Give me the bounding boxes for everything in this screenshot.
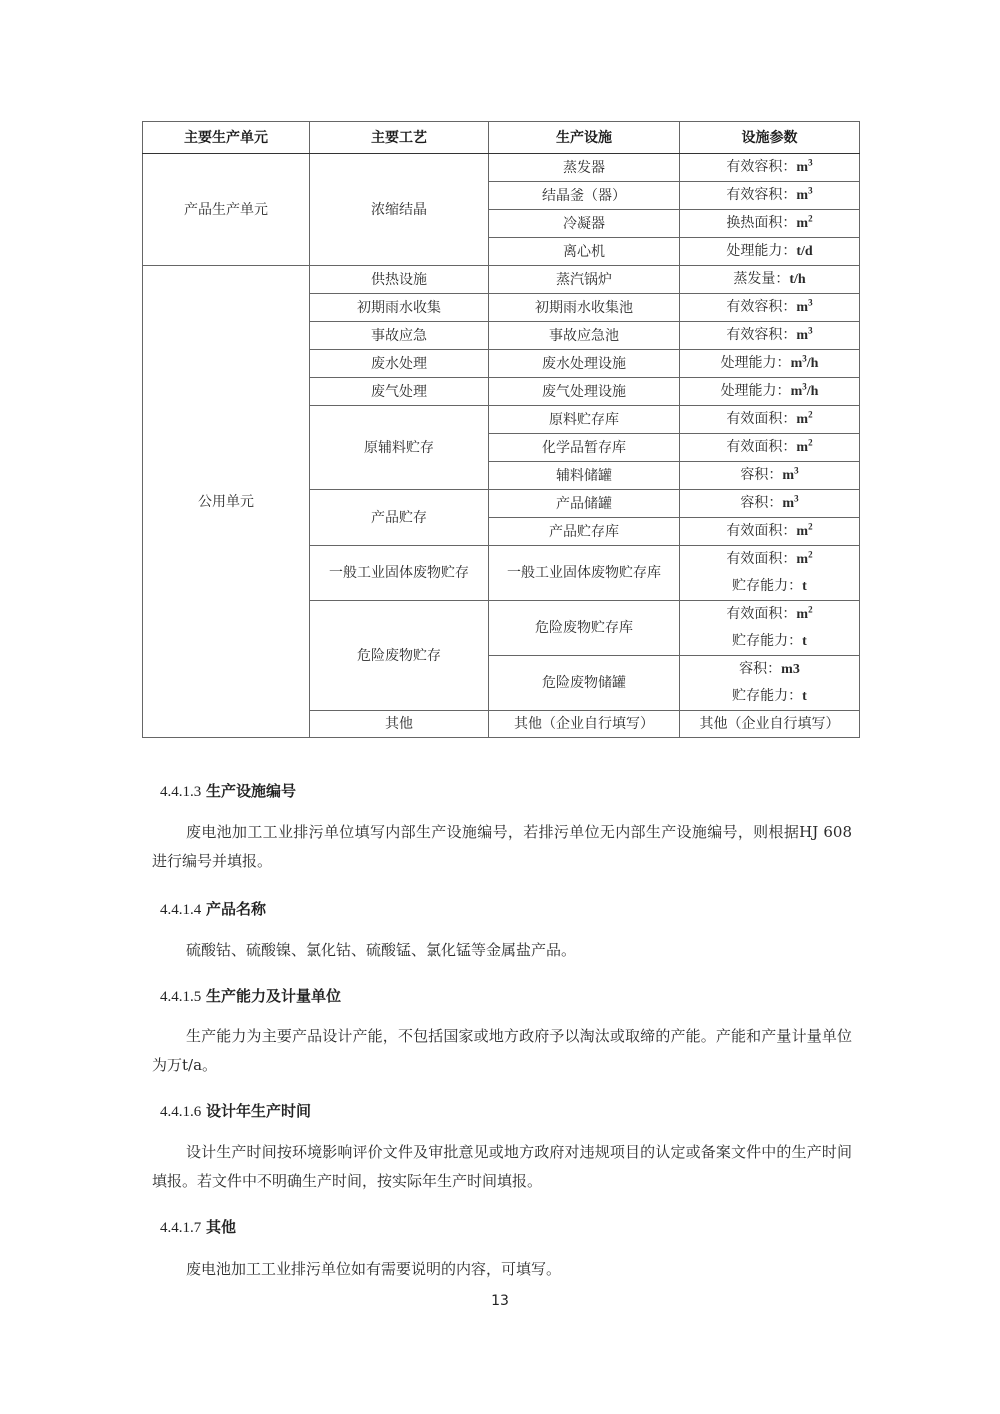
section-paragraph: 生产能力为主要产品设计产能，不包括国家或地方政府予以淘汰或取缔的产能。产能和产量… [152,1022,852,1080]
process-cell: 产品贮存 [310,490,489,546]
facility-table: 主要生产单元 主要工艺 生产设施 设施参数 产品生产单元 浓缩结晶 蒸发器 有效… [142,121,860,738]
param-line: 贮存能力：t [680,573,859,600]
param-cell: 蒸发量：t/h [680,266,860,294]
process-cell: 原辅料贮存 [310,406,489,490]
facility-cell: 蒸发器 [489,154,680,182]
param-cell: 处理能力：m3/h [680,378,860,406]
facility-cell: 产品贮存库 [489,518,680,546]
header-main-process: 主要工艺 [310,122,489,154]
facility-cell: 原料贮存库 [489,406,680,434]
param-line: 贮存能力：t [680,628,859,655]
process-cell: 废水处理 [310,350,489,378]
process-cell: 其他 [310,711,489,738]
param-cell: 有效面积：m2 贮存能力：t [680,546,860,601]
unit-cell: 产品生产单元 [143,154,310,266]
header-main-unit: 主要生产单元 [143,122,310,154]
param-cell: 有效容积：m3 [680,294,860,322]
facility-cell: 废气处理设施 [489,378,680,406]
process-cell: 浓缩结晶 [310,154,489,266]
header-facility: 生产设施 [489,122,680,154]
section-paragraph: 废电池加工工业排污单位填写内部生产设施编号，若排污单位无内部生产设施编号，则根据… [152,818,852,876]
facility-cell: 化学品暂存库 [489,434,680,462]
param-cell: 有效面积：m2 [680,406,860,434]
section-heading: 4.4.1.6 设计年生产时间 [160,1100,311,1121]
section-heading: 4.4.1.3 生产设施编号 [160,780,296,801]
facility-cell: 事故应急池 [489,322,680,350]
unit-cell: 公用单元 [143,266,310,738]
facility-cell: 结晶釜（器） [489,182,680,210]
section-paragraph: 硫酸钴、硫酸镍、氯化钴、硫酸锰、氯化锰等金属盐产品。 [152,936,852,965]
param-cell: 有效容积：m3 [680,322,860,350]
param-cell: 换热面积：m2 [680,210,860,238]
facility-cell: 危险废物储罐 [489,656,680,711]
document-page: 主要生产单元 主要工艺 生产设施 设施参数 产品生产单元 浓缩结晶 蒸发器 有效… [0,0,1000,1414]
param-cell: 有效容积：m3 [680,154,860,182]
facility-cell: 其他（企业自行填写） [489,711,680,738]
param-cell: 有效面积：m2 [680,518,860,546]
facility-cell: 废水处理设施 [489,350,680,378]
facility-cell: 危险废物贮存库 [489,601,680,656]
param-cell: 处理能力：t/d [680,238,860,266]
param-line: 容积：m3 [680,656,859,683]
facility-cell: 初期雨水收集池 [489,294,680,322]
facility-cell: 辅料储罐 [489,462,680,490]
section-paragraph: 设计生产时间按环境影响评价文件及审批意见或地方政府对违规项目的认定或备案文件中的… [152,1138,852,1196]
param-cell: 容积：m3 [680,490,860,518]
table-row: 公用单元 供热设施 蒸汽锅炉 蒸发量：t/h [143,266,860,294]
param-cell: 有效容积：m3 [680,182,860,210]
facility-cell: 一般工业固体废物贮存库 [489,546,680,601]
param-line: 贮存能力：t [680,683,859,710]
process-cell: 危险废物贮存 [310,601,489,711]
section-heading: 4.4.1.5 生产能力及计量单位 [160,985,341,1006]
table-header-row: 主要生产单元 主要工艺 生产设施 设施参数 [143,122,860,154]
header-facility-params: 设施参数 [680,122,860,154]
process-cell: 一般工业固体废物贮存 [310,546,489,601]
facility-cell: 产品储罐 [489,490,680,518]
param-cell: 有效面积：m2 [680,434,860,462]
facility-cell: 蒸汽锅炉 [489,266,680,294]
process-cell: 供热设施 [310,266,489,294]
facility-cell: 离心机 [489,238,680,266]
section-paragraph: 废电池加工工业排污单位如有需要说明的内容，可填写。 [152,1255,852,1284]
page-number: 13 [0,1293,1000,1309]
section-heading: 4.4.1.7 其他 [160,1216,236,1237]
process-cell: 事故应急 [310,322,489,350]
param-cell: 其他（企业自行填写） [680,711,860,738]
facility-cell: 冷凝器 [489,210,680,238]
process-cell: 初期雨水收集 [310,294,489,322]
section-heading: 4.4.1.4 产品名称 [160,898,266,919]
param-cell: 容积：m3 贮存能力：t [680,656,860,711]
param-cell: 容积：m3 [680,462,860,490]
table-row: 产品生产单元 浓缩结晶 蒸发器 有效容积：m3 [143,154,860,182]
process-cell: 废气处理 [310,378,489,406]
param-line: 有效面积：m2 [680,601,859,628]
param-cell: 有效面积：m2 贮存能力：t [680,601,860,656]
param-line: 有效面积：m2 [680,546,859,573]
param-cell: 处理能力：m3/h [680,350,860,378]
